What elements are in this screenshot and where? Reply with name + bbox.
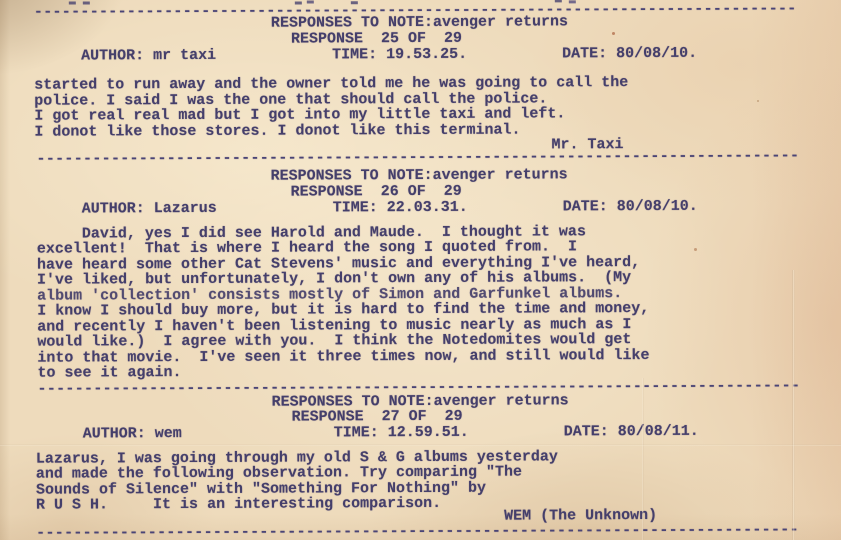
time-field: TIME:22.03.31. [333, 199, 468, 215]
author-name: wem [155, 425, 182, 442]
time-value: 12.59.51. [388, 423, 469, 440]
body-line: I donot like those stores. I donot like … [34, 122, 520, 140]
time-field: TIME:19.53.25. [332, 46, 467, 62]
paper-speck [612, 32, 615, 35]
date-field: DATE:80/08/11. [564, 423, 699, 439]
time-label: TIME: [334, 424, 379, 441]
author-label: AUTHOR: [82, 200, 145, 217]
printout-sheet: ----------------------------------------… [0, 0, 841, 540]
date-label: DATE: [564, 423, 609, 440]
author-field: AUTHOR:wem [83, 426, 182, 442]
body-line: R U S H. It is an interesting comparison… [36, 496, 441, 513]
time-field: TIME:12.59.51. [334, 424, 469, 440]
author-field: AUTHOR:mr taxi [81, 47, 216, 63]
paper-speck [757, 100, 759, 102]
time-label: TIME: [332, 46, 377, 63]
author-name: Lazarus [154, 199, 217, 216]
response-counter: RESPONSE 25 OF 29 [291, 30, 462, 46]
time-value: 22.03.31. [387, 198, 468, 215]
author-label: AUTHOR: [83, 425, 146, 442]
response-title: RESPONSES TO NOTE:avenger returns [271, 167, 568, 184]
separator-line: ----------------------------------------… [36, 522, 799, 540]
paper-crease [792, 270, 795, 540]
date-label: DATE: [562, 45, 607, 62]
author-label: AUTHOR: [81, 47, 144, 64]
date-field: DATE:80/08/10. [562, 45, 697, 61]
time-value: 19.53.25. [386, 45, 467, 62]
date-value: 80/08/10. [616, 44, 697, 61]
typewritten-content: ----------------------------------------… [0, 0, 841, 540]
paper-speck [694, 248, 697, 251]
author-field: AUTHOR:Lazarus [82, 200, 217, 216]
response-title: RESPONSES TO NOTE:avenger returns [271, 14, 568, 31]
date-value: 80/08/11. [618, 422, 699, 439]
body-line: to see it again. [37, 365, 181, 381]
paper-crease [0, 444, 841, 446]
time-label: TIME: [333, 199, 378, 216]
date-field: DATE:80/08/10. [563, 198, 698, 214]
paper-crease [642, 378, 644, 540]
date-value: 80/08/10. [617, 197, 698, 214]
response-counter: RESPONSE 27 OF 29 [292, 409, 463, 425]
author-name: mr taxi [153, 46, 216, 63]
separator-line: ----------------------------------------… [36, 148, 799, 167]
body-line: into that movie. I've seen it three time… [37, 348, 649, 366]
date-label: DATE: [563, 198, 608, 215]
response-counter: RESPONSE 26 OF 29 [291, 183, 462, 199]
